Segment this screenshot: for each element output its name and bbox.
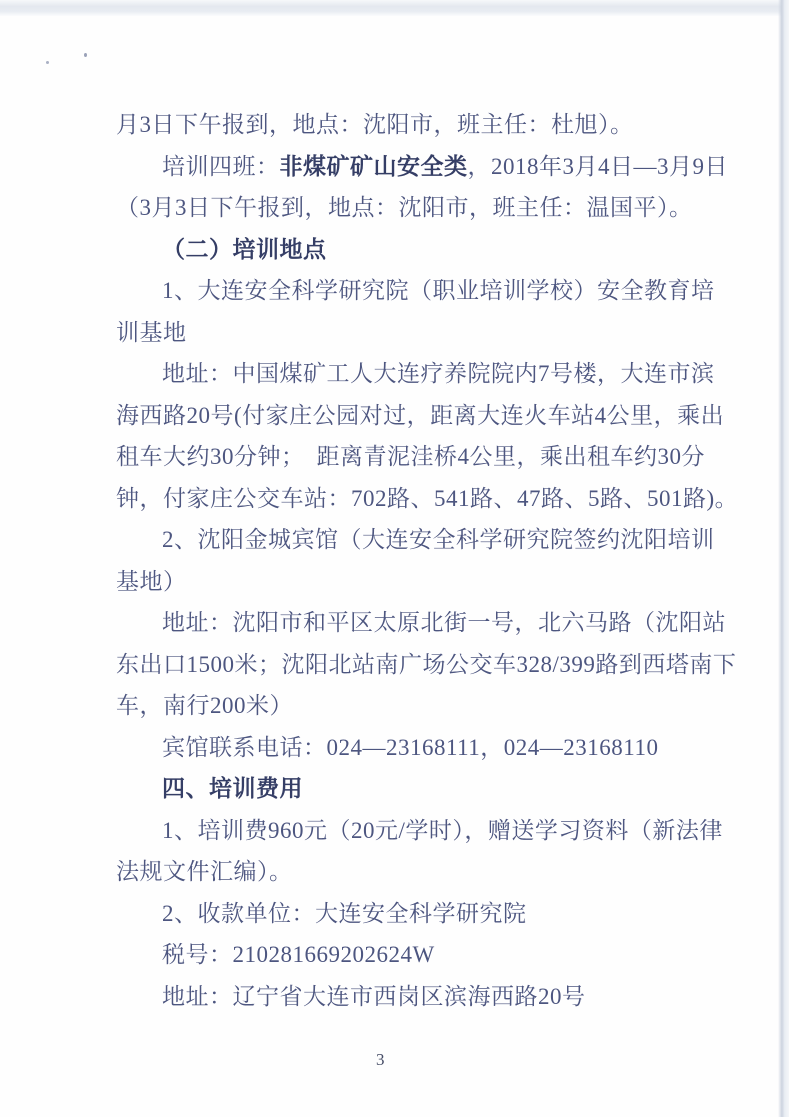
doc-line: 四、培训费用 — [116, 768, 682, 810]
doc-line: 宾馆联系电话：024—23168111，024—23168110 — [116, 727, 682, 769]
document-text-block: 月3日下午报到，地点：沈阳市，班主任：杜旭）。 培训四班：非煤矿矿山安全类，20… — [116, 104, 682, 1017]
text-segment: 月3日下午报到，地点：沈阳市，班主任：杜旭）。 — [116, 112, 634, 137]
section-heading: 四、培训费用 — [162, 776, 303, 801]
text-segment: （3月3日下午报到，地点：沈阳市，班主任：温国平）。 — [116, 195, 693, 220]
doc-line: 1、大连安全科学研究院（职业培训学校）安全教育培 — [116, 270, 682, 312]
text-segment: 训基地 — [116, 320, 187, 345]
doc-line: 东出口1500米；沈阳北站南广场公交车328/399路到西塔南下 — [116, 644, 682, 686]
text-segment: 宾馆联系电话：024—23168111，024—23168110 — [162, 735, 658, 760]
text-segment: 地址：中国煤矿工人大连疗养院院内7号楼，大连市滨 — [162, 361, 715, 386]
doc-line: 2、沈阳金城宾馆（大连安全科学研究院签约沈阳培训 — [116, 519, 682, 561]
text-segment: 培训四班： — [162, 154, 280, 179]
text-segment: 地址：沈阳市和平区太原北街一号，北六马路（沈阳站 — [162, 610, 726, 635]
doc-line: 地址：沈阳市和平区太原北街一号，北六马路（沈阳站 — [116, 602, 682, 644]
doc-line: 培训四班：非煤矿矿山安全类，2018年3月4日—3月9日 — [116, 146, 682, 188]
doc-line: 地址：中国煤矿工人大连疗养院院内7号楼，大连市滨 — [116, 353, 682, 395]
text-segment: 1、培训费960元（20元/学时），赠送学习资料（新法律 — [162, 818, 723, 843]
text-segment: 1、大连安全科学研究院（职业培训学校）安全教育培 — [162, 278, 715, 303]
text-segment: 地址：辽宁省大连市西岗区滨海西路20号 — [162, 984, 586, 1009]
scan-speck — [46, 61, 49, 64]
section-heading: （二）培训地点 — [162, 237, 327, 262]
scan-edge-top-band — [0, 0, 789, 16]
scan-edge-right-line — [778, 0, 789, 1117]
doc-line: 月3日下午报到，地点：沈阳市，班主任：杜旭）。 — [116, 104, 682, 146]
doc-line: （3月3日下午报到，地点：沈阳市，班主任：温国平）。 — [116, 187, 682, 229]
doc-line: 法规文件汇编）。 — [116, 851, 682, 893]
doc-line: 海西路20号(付家庄公园对过，距离大连火车站4公里，乘出 — [116, 395, 682, 437]
text-segment: 2、收款单位：大连安全科学研究院 — [162, 901, 527, 926]
doc-line: 钟，付家庄公交车站：702路、541路、47路、5路、501路)。 — [116, 478, 682, 520]
text-segment-bold: 非煤矿矿山安全类 — [280, 154, 468, 179]
scanned-document-page: 月3日下午报到，地点：沈阳市，班主任：杜旭）。 培训四班：非煤矿矿山安全类，20… — [0, 0, 789, 1117]
text-segment: 车，南行200米） — [116, 693, 293, 718]
text-segment: 基地） — [116, 569, 187, 594]
text-segment: 租车大约30分钟； 距离青泥洼桥4公里，乘出租车约30分 — [116, 444, 705, 469]
doc-line: 地址：辽宁省大连市西岗区滨海西路20号 — [116, 976, 682, 1018]
text-segment: 海西路20号(付家庄公园对过，距离大连火车站4公里，乘出 — [116, 403, 724, 428]
page-number: 3 — [376, 1050, 385, 1070]
text-segment: 税号：210281669202624W — [162, 942, 435, 967]
scan-speck — [84, 53, 87, 57]
text-segment: 2、沈阳金城宾馆（大连安全科学研究院签约沈阳培训 — [162, 527, 715, 552]
doc-line: 车，南行200米） — [116, 685, 682, 727]
text-segment: 东出口1500米；沈阳北站南广场公交车328/399路到西塔南下 — [116, 652, 736, 677]
doc-line: （二）培训地点 — [116, 229, 682, 271]
doc-line: 训基地 — [116, 312, 682, 354]
doc-line: 租车大约30分钟； 距离青泥洼桥4公里，乘出租车约30分 — [116, 436, 682, 478]
text-segment: 法规文件汇编）。 — [116, 859, 293, 884]
text-segment: ，2018年3月4日—3月9日 — [468, 154, 729, 179]
doc-line: 2、收款单位：大连安全科学研究院 — [116, 893, 682, 935]
text-segment: 钟，付家庄公交车站：702路、541路、47路、5路、501路)。 — [116, 486, 738, 511]
doc-line: 1、培训费960元（20元/学时），赠送学习资料（新法律 — [116, 810, 682, 852]
doc-line: 税号：210281669202624W — [116, 934, 682, 976]
doc-line: 基地） — [116, 561, 682, 603]
